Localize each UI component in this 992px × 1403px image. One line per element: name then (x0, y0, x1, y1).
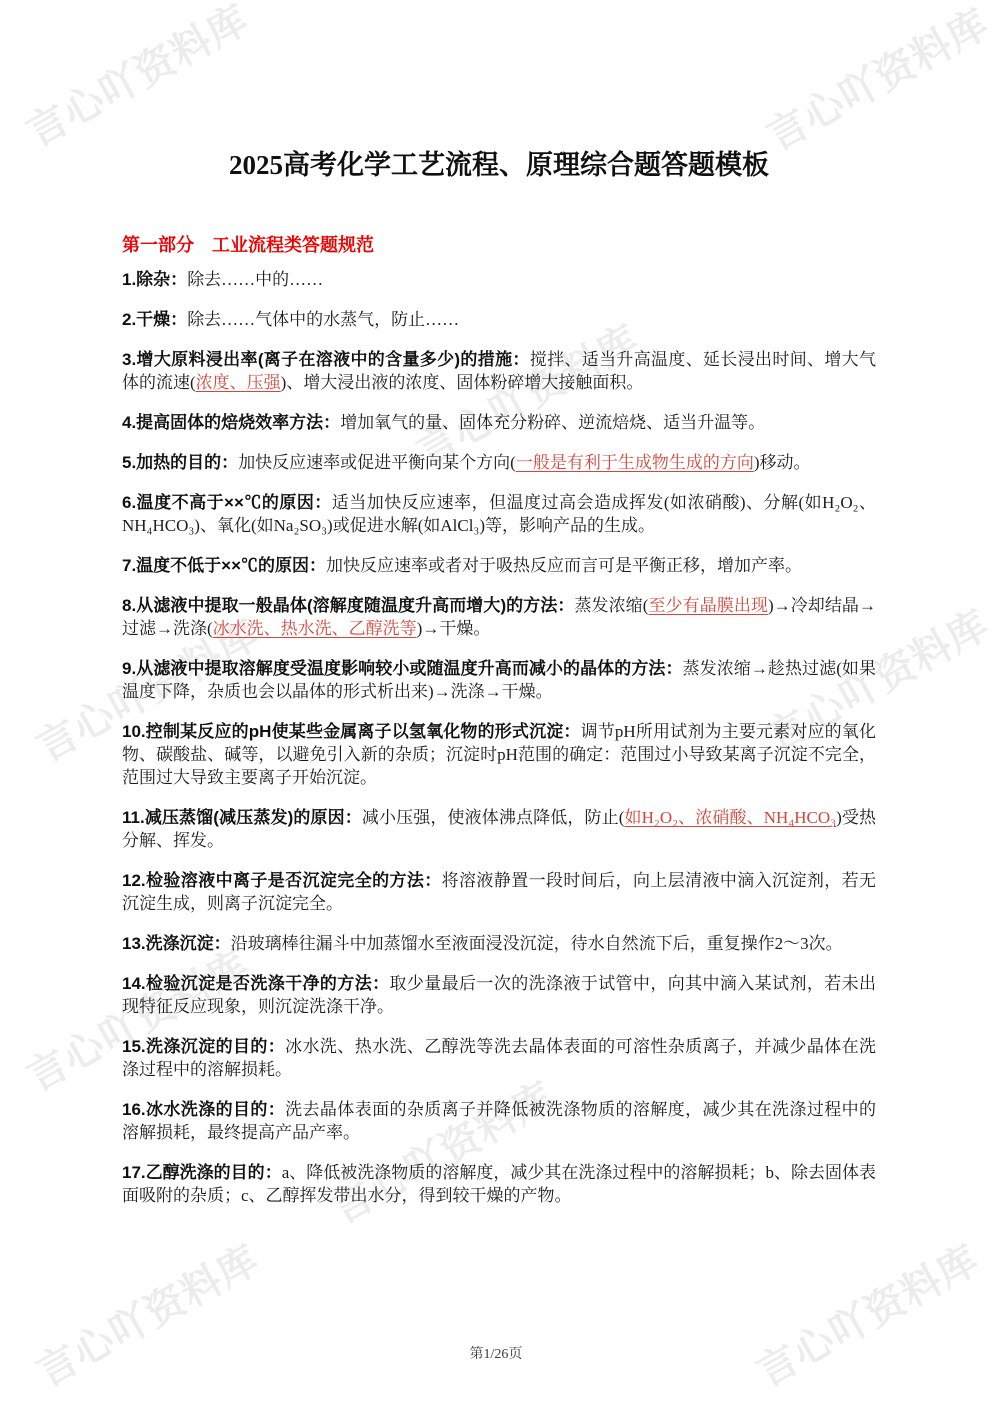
item-red-highlight: 如H₂O₂、浓硝酸、NH₄HCO₃ (624, 808, 836, 827)
watermark-text: 言心吖资料库 (745, 1229, 988, 1398)
item-text: )→干燥。 (417, 619, 491, 638)
answer-item: 8.从滤液中提取一般晶体(溶解度随温度升高而增大)的方法：蒸发浓缩(至少有晶膜出… (122, 594, 876, 640)
answer-item: 13.洗涤沉淀：沿玻璃棒往漏斗中加蒸馏水至液面浸没沉淀，待水自然流下后，重复操作… (122, 932, 876, 955)
item-text: 减小压强，使液体沸点降低，防止( (362, 808, 625, 827)
item-lead-label: 13.洗涤沉淀： (122, 934, 231, 953)
answer-item: 1.除杂：除去……中的…… (122, 268, 876, 291)
section-heading: 第一部分 工业流程类答题规范 (122, 234, 876, 256)
item-red-highlight: 浓度、压强 (196, 373, 281, 392)
answer-item: 7.温度不低于××℃的原因：加快反应速率或者对于吸热反应而言可是平衡正移，增加产… (122, 554, 876, 577)
item-text: 除去……中的…… (187, 270, 323, 289)
item-text: 除去……气体中的水蒸气，防止…… (187, 310, 459, 329)
document-title: 2025高考化学工艺流程、原理综合题答题模板 (122, 150, 876, 180)
item-text: 加快反应速率或促进平衡向某个方向( (238, 453, 516, 472)
item-lead-label: 17.乙醇洗涤的目的： (122, 1163, 282, 1182)
item-text: )移动。 (754, 453, 811, 472)
document-page: 言心吖资料库 言心吖资料库 言心吖资料库 言心吖资料库 言心吖资料库 言心吖资料… (0, 0, 992, 1403)
item-lead-label: 3.增大原料浸出率(离子在溶液中的含量多少)的措施： (122, 350, 530, 369)
item-lead-label: 16.冰水洗涤的目的： (122, 1100, 285, 1119)
item-lead-label: 15.洗涤沉淀的目的： (122, 1037, 285, 1056)
item-text: )、增大浸出液的浓度、固体粉碎增大接触面积。 (281, 373, 644, 392)
item-lead-label: 9.从滤液中提取溶解度受温度影响较小或随温度升高而减小的晶体的方法： (122, 659, 683, 678)
answer-item: 4.提高固体的焙烧效率方法：增加氧气的量、固体充分粉碎、逆流焙烧、适当升温等。 (122, 411, 876, 434)
item-lead-label: 10.控制某反应的pH使某些金属离子以氢氧化物的形式沉淀： (122, 722, 581, 741)
item-text: 加快反应速率或者对于吸热反应而言可是平衡正移，增加产率。 (326, 556, 802, 575)
item-red-highlight: 冰水洗、热水洗、乙醇洗等 (213, 619, 417, 638)
answer-item: 10.控制某反应的pH使某些金属离子以氢氧化物的形式沉淀：调节pH所用试剂为主要… (122, 720, 876, 789)
answer-item: 15.洗涤沉淀的目的：冰水洗、热水洗、乙醇洗等洗去晶体表面的可溶性杂质离子，并减… (122, 1035, 876, 1081)
answer-item: 9.从滤液中提取溶解度受温度影响较小或随温度升高而减小的晶体的方法：蒸发浓缩→趁… (122, 657, 876, 703)
item-lead-label: 14.检验沉淀是否洗涤干净的方法： (122, 974, 389, 993)
answer-item: 2.干燥：除去……气体中的水蒸气，防止…… (122, 308, 876, 331)
page-footer: 第1/26页 (0, 1347, 992, 1363)
answer-item: 17.乙醇洗涤的目的：a、降低被洗涤物质的溶解度，减少其在洗涤过程中的溶解损耗；… (122, 1161, 876, 1207)
item-text: 蒸发浓缩( (574, 596, 648, 615)
answer-item: 11.减压蒸馏(减压蒸发)的原因：减小压强，使液体沸点降低，防止(如H₂O₂、浓… (122, 806, 876, 852)
item-lead-label: 1.除杂： (122, 270, 187, 289)
item-lead-label: 2.干燥： (122, 310, 187, 329)
item-lead-label: 12.检验溶液中离子是否沉淀完全的方法： (122, 871, 442, 890)
items-list: 1.除杂：除去……中的……2.干燥：除去……气体中的水蒸气，防止……3.增大原料… (122, 268, 876, 1207)
item-lead-label: 11.减压蒸馏(减压蒸发)的原因： (122, 808, 362, 827)
answer-item: 12.检验溶液中离子是否沉淀完全的方法：将溶液静置一段时间后，向上层清液中滴入沉… (122, 869, 876, 915)
answer-item: 5.加热的目的：加快反应速率或促进平衡向某个方向(一般是有利于生成物生成的方向)… (122, 451, 876, 474)
watermark-text: 言心吖资料库 (25, 1229, 268, 1398)
answer-item: 14.检验沉淀是否洗涤干净的方法：取少量最后一次的洗涤液于试管中，向其中滴入某试… (122, 972, 876, 1018)
answer-item: 3.增大原料浸出率(离子在溶液中的含量多少)的措施：搅拌、适当升高温度、延长浸出… (122, 348, 876, 394)
item-text: 增加氧气的量、固体充分粉碎、逆流焙烧、适当升温等。 (340, 413, 765, 432)
item-lead-label: 4.提高固体的焙烧效率方法： (122, 413, 340, 432)
item-lead-label: 5.加热的目的： (122, 453, 238, 472)
item-text: 沿玻璃棒往漏斗中加蒸馏水至液面浸没沉淀，待水自然流下后，重复操作2～3次。 (231, 934, 843, 953)
item-red-highlight: 一般是有利于生成物生成的方向 (516, 453, 754, 472)
document-content: 2025高考化学工艺流程、原理综合题答题模板 第一部分 工业流程类答题规范 1.… (122, 0, 876, 1224)
item-red-highlight: 至少有晶膜出现 (648, 596, 768, 615)
answer-item: 16.冰水洗涤的目的：洗去晶体表面的杂质离子并降低被洗涤物质的溶解度，减少其在洗… (122, 1098, 876, 1144)
answer-item: 6.温度不高于××℃的原因：适当加快反应速率，但温度过高会造成挥发(如浓硝酸)、… (122, 491, 876, 537)
item-lead-label: 8.从滤液中提取一般晶体(溶解度随温度升高而增大)的方法： (122, 596, 574, 615)
item-lead-label: 6.温度不高于××℃的原因： (122, 493, 332, 512)
item-lead-label: 7.温度不低于××℃的原因： (122, 556, 326, 575)
